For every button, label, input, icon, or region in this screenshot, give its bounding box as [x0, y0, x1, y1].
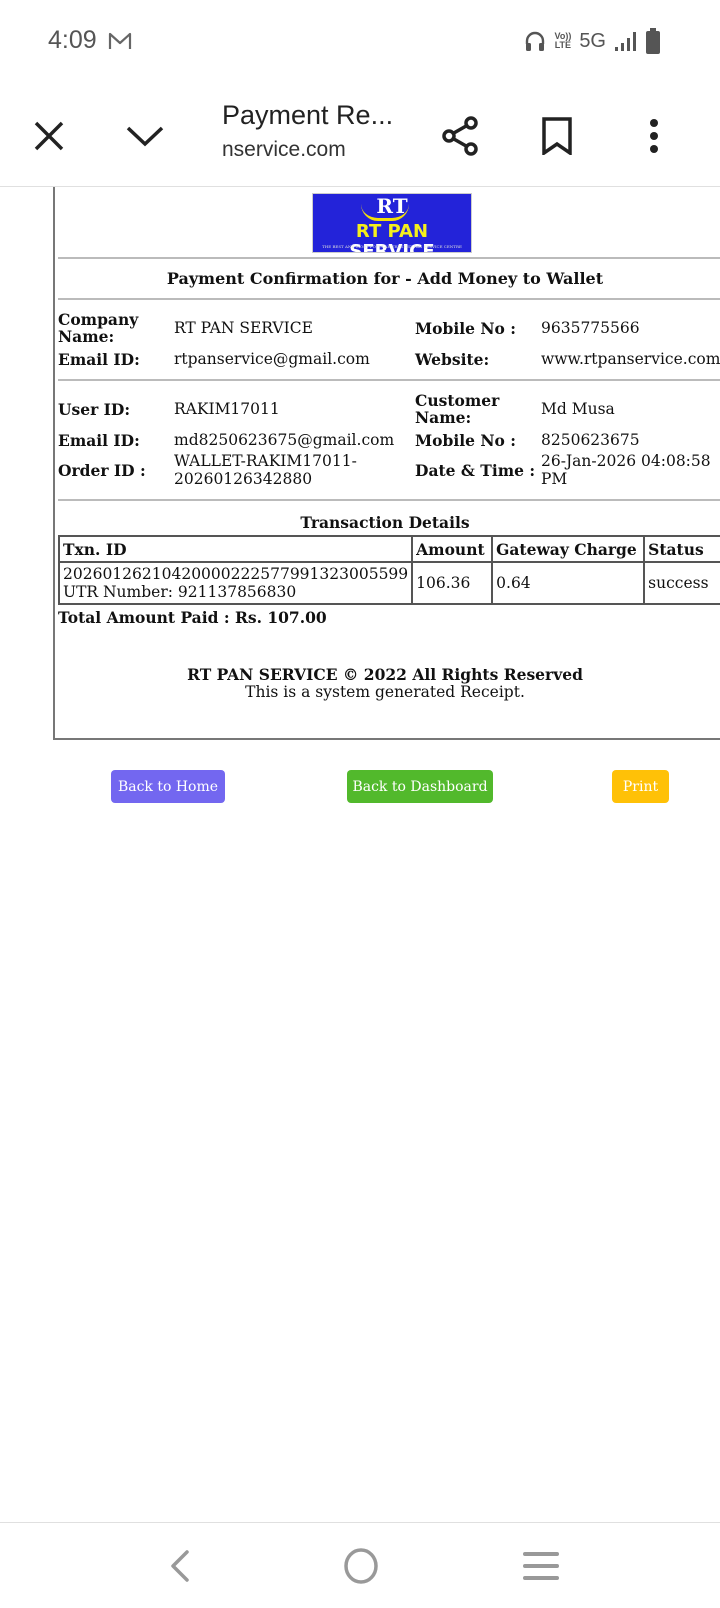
logo-tagline: THE BEST AND MOST POPULAR TRUSTED PAN SE… [315, 244, 469, 249]
logo-name-part1: RT PAN [356, 221, 428, 242]
page-url[interactable]: nservice.com [222, 138, 346, 162]
company-mobile-value: 9635775566 [541, 320, 640, 337]
table-row: 20260126210420000222577991323005599 UTR … [59, 562, 720, 604]
utr-number: UTR Number: 921137856830 [63, 583, 408, 601]
col-txn-id: Txn. ID [59, 536, 412, 562]
company-email-value: rtpanservice@gmail.com [174, 351, 370, 368]
back-icon [169, 1549, 191, 1583]
print-button[interactable]: Print [612, 770, 669, 803]
back-to-home-button[interactable]: Back to Home [111, 770, 225, 803]
page-title: Payment Re... [222, 100, 393, 131]
5g-icon: 5G [579, 30, 606, 53]
nav-home-button[interactable] [333, 1541, 389, 1591]
status-bar: 4:09 Vo)) LTE 5G [0, 0, 720, 88]
receipt-heading: Payment Confirmation for - Add Money to … [55, 269, 715, 288]
close-button[interactable] [21, 108, 77, 164]
col-amount: Amount [412, 536, 492, 562]
web-content: RT RT PAN SERVICE THE BEST AND MOST POPU… [0, 187, 720, 1477]
amount-cell: 106.36 [412, 562, 492, 604]
share-button[interactable] [432, 108, 488, 164]
volte-icon: Vo)) LTE [554, 32, 571, 50]
datetime-label: Date & Time : [415, 462, 535, 479]
order-id-label: Order ID : [58, 462, 146, 479]
table-header-row: Txn. ID Amount Gateway Charge Status [59, 536, 720, 562]
datetime-value-line1: 26-Jan-2026 04:08:58 [541, 453, 711, 470]
company-name-label: Company Name: [58, 311, 148, 345]
company-logo: RT RT PAN SERVICE THE BEST AND MOST POPU… [312, 193, 472, 253]
customer-mobile-label: Mobile No : [415, 432, 516, 449]
bookmark-icon [542, 117, 572, 155]
battery-icon [646, 28, 660, 54]
divider [58, 499, 720, 501]
divider [58, 298, 720, 300]
divider [58, 257, 720, 259]
volte-bottom: LTE [554, 41, 571, 50]
customer-email-label: Email ID: [58, 432, 140, 449]
datetime-value-line2: PM [541, 471, 567, 488]
transaction-table: Txn. ID Amount Gateway Charge Status 202… [58, 535, 720, 605]
back-to-dashboard-button[interactable]: Back to Dashboard [347, 770, 493, 803]
company-name-value: RT PAN SERVICE [174, 320, 313, 337]
gateway-charge-cell: 0.64 [492, 562, 644, 604]
col-gateway-charge: Gateway Charge [492, 536, 644, 562]
more-options-button[interactable] [626, 108, 682, 164]
home-icon [342, 1547, 380, 1585]
custom-tab-toolbar: Payment Re... nservice.com [0, 88, 720, 187]
order-id-value-line1: WALLET-RAKIM17011- [174, 453, 357, 470]
customer-mobile-value: 8250623675 [541, 432, 640, 449]
company-mobile-label: Mobile No : [415, 320, 516, 337]
order-id-value-line2: 20260126342880 [174, 471, 312, 488]
page-info-button[interactable] [117, 108, 173, 164]
divider [58, 379, 720, 381]
customer-email-value: md8250623675@gmail.com [174, 432, 394, 449]
company-email-label: Email ID: [58, 351, 140, 368]
company-website-label: Website: [415, 351, 489, 368]
signal-icon [614, 30, 638, 52]
user-id-value: RAKIM17011 [174, 401, 280, 418]
status-cell: success [644, 562, 720, 604]
share-icon [440, 115, 480, 157]
nav-recents-button[interactable] [513, 1541, 569, 1591]
txn-id-cell: 20260126210420000222577991323005599 UTR … [59, 562, 412, 604]
footer-note: This is a system generated Receipt. [55, 683, 715, 701]
nav-back-button[interactable] [152, 1541, 208, 1591]
customer-name-value: Md Musa [541, 401, 615, 418]
recents-icon [522, 1550, 560, 1582]
status-icons: Vo)) LTE 5G [524, 28, 660, 54]
more-vert-icon [649, 118, 659, 154]
footer-copyright: RT PAN SERVICE © 2022 All Rights Reserve… [55, 665, 715, 684]
receipt-card: RT RT PAN SERVICE THE BEST AND MOST POPU… [53, 187, 720, 740]
user-id-label: User ID: [58, 401, 130, 418]
txn-id: 20260126210420000222577991323005599 [63, 565, 408, 583]
total-amount: Total Amount Paid : Rs. 107.00 [58, 609, 327, 626]
logo-monogram: RT [313, 194, 471, 218]
col-status: Status [644, 536, 720, 562]
transaction-title: Transaction Details [55, 513, 715, 532]
close-icon [33, 120, 65, 152]
system-nav-bar [0, 1522, 720, 1608]
chevron-down-icon [126, 124, 164, 148]
bookmark-button[interactable] [529, 108, 585, 164]
headphones-icon [524, 30, 546, 52]
status-time: 4:09 [48, 26, 97, 55]
customer-name-label: Customer Name: [415, 392, 505, 426]
company-website-value: www.rtpanservice.com [541, 351, 720, 368]
gmail-icon [108, 30, 132, 52]
